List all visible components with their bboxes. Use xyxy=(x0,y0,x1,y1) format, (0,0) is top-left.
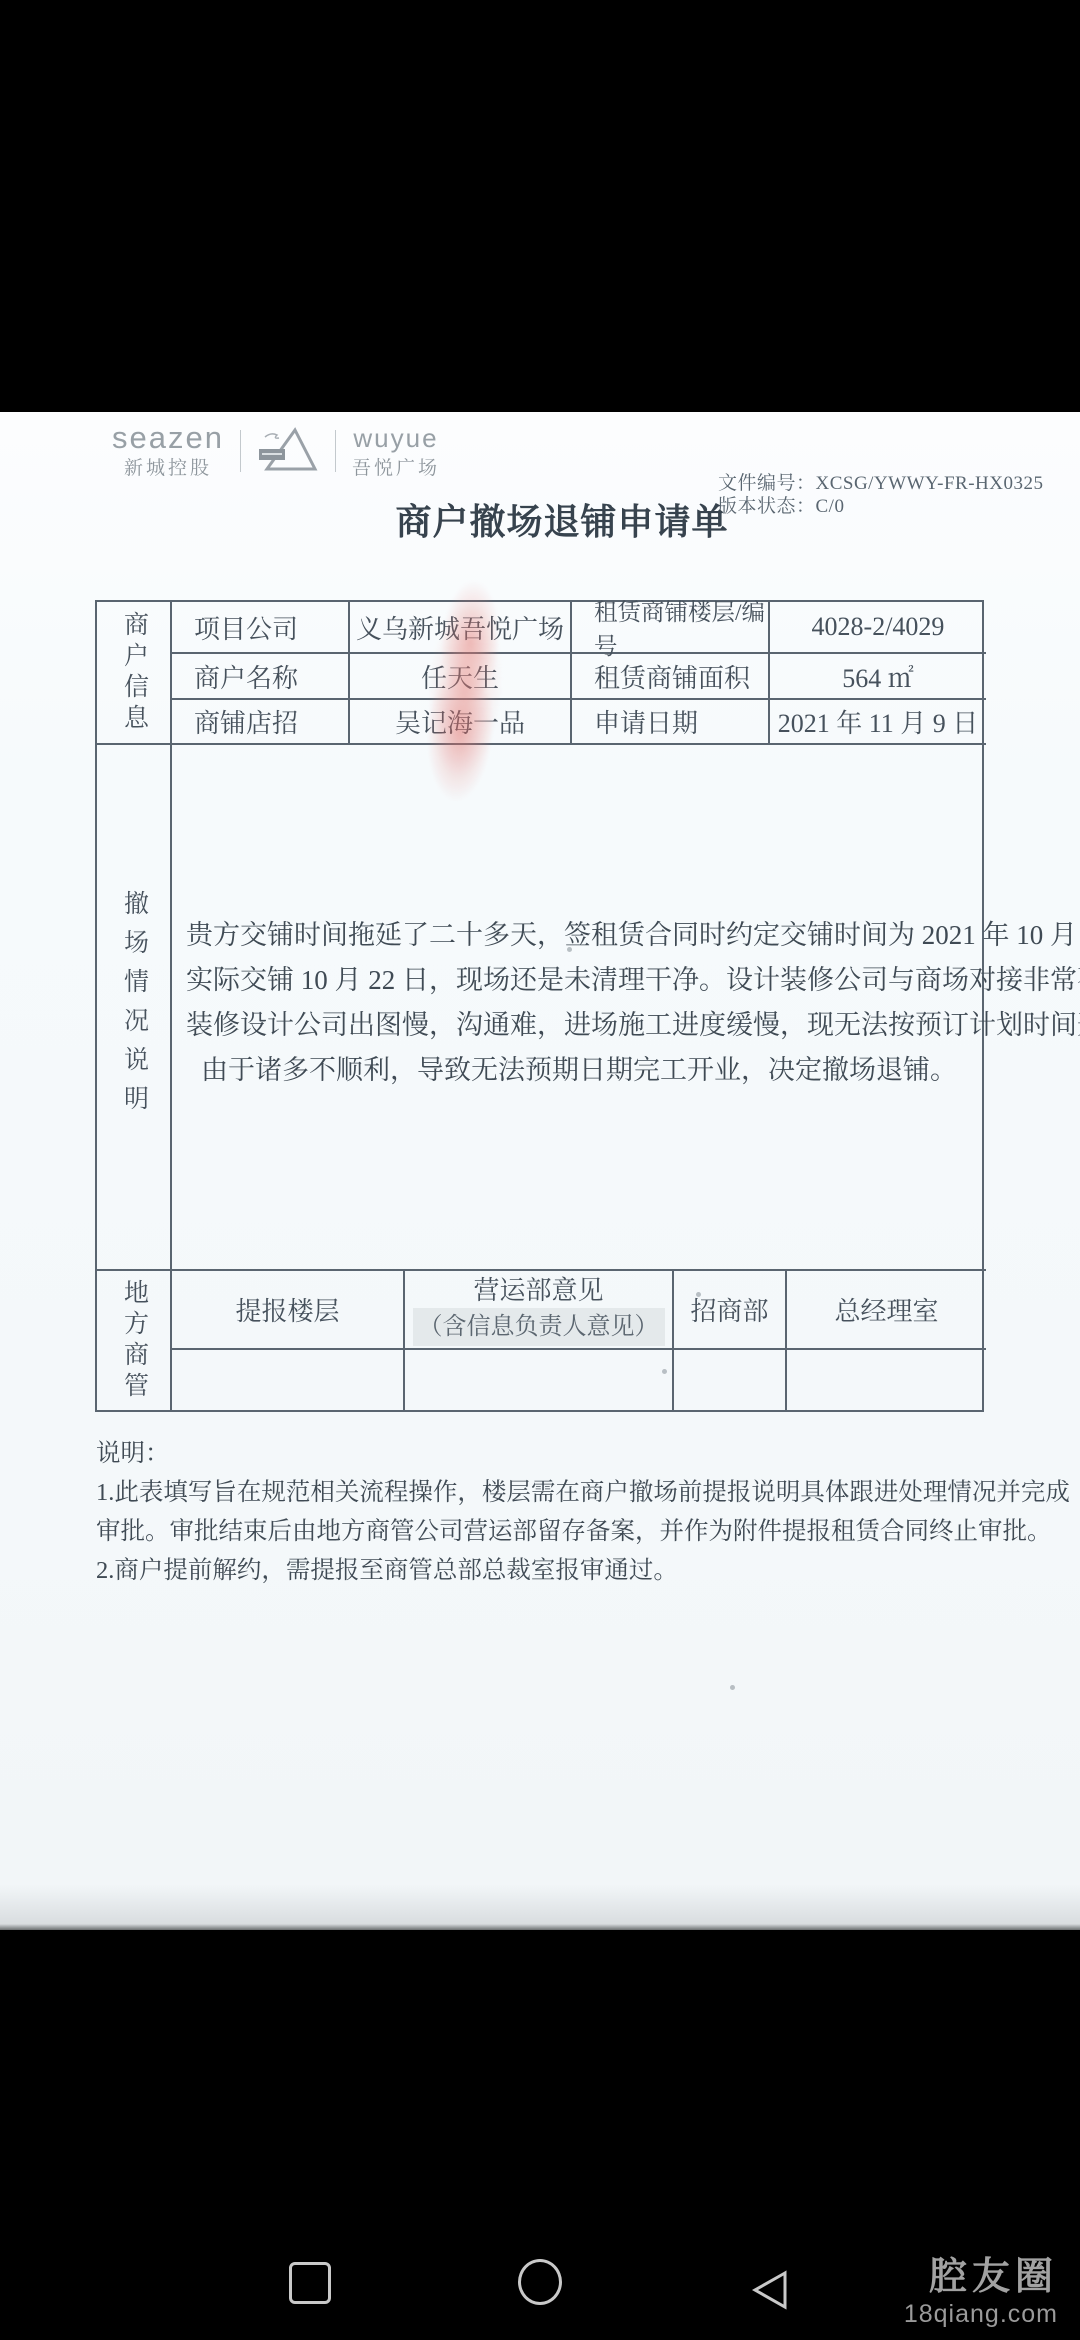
field-value: 564 ㎡ xyxy=(770,654,986,700)
watermark: 腔友圈 18qiang.com xyxy=(904,2255,1058,2329)
phone-screen: seazen 新城控股 wuyue 吾悦广场 文件编号：XCSG/YWWY-FR… xyxy=(0,0,1080,2340)
watermark-site-url: 18qiang.com xyxy=(904,2299,1058,2329)
approval-col-gm: 总经理室 xyxy=(787,1271,986,1350)
withdrawal-line: 由于诸多不顺利，导致无法预期日期完工开业，决定撤场退铺。 xyxy=(186,1048,972,1093)
watermark-site-name: 腔友圈 xyxy=(904,2255,1058,2299)
withdrawal-description: 贵方交铺时间拖延了二十多天，签租赁合同时约定交铺时间为 2021 年 10 月 … xyxy=(172,745,986,1271)
field-label: 商户名称 xyxy=(172,654,350,700)
withdrawal-line: 装修设计公司出图慢，沟通难，进场施工进度缓慢，现无法按预订计划时间开业。 xyxy=(186,1003,972,1048)
brand-logo-row: seazen 新城控股 wuyue 吾悦广场 xyxy=(112,422,440,480)
form-notes: 说明： 1.此表填写旨在规范相关流程操作，楼层需在商户撤场前提报说明具体跟进处理… xyxy=(96,1434,1001,1590)
signature-cell-gm xyxy=(787,1350,986,1410)
operations-opinion-sublabel: （含信息负责人意见） xyxy=(413,1308,665,1346)
photo-speck xyxy=(662,1369,667,1374)
field-label: 租赁商铺楼层/编号 xyxy=(572,602,770,654)
signature-cell-operations xyxy=(405,1350,674,1410)
home-circle-icon xyxy=(518,2259,562,2305)
field-value: 4028-2/4029 xyxy=(770,602,986,654)
withdrawal-section: 撤场情况说明 贵方交铺时间拖延了二十多天，签租赁合同时约定交铺时间为 2021 … xyxy=(97,745,982,1271)
field-label: 申请日期 xyxy=(572,700,770,745)
logo-divider xyxy=(240,430,241,472)
seazen-logo-en: seazen xyxy=(112,423,224,453)
approval-section: 地方商管 提报楼层 营运部意见 （含信息负责人意见） 招商部 总经理室 xyxy=(97,1271,982,1410)
photo-speck xyxy=(696,1292,701,1297)
back-triangle-icon xyxy=(747,2270,789,2310)
wuyue-logo-cn: 吾悦广场 xyxy=(352,453,440,480)
approval-col-operations: 营运部意见 （含信息负责人意见） xyxy=(405,1271,674,1350)
wuyue-logo: wuyue 吾悦广场 xyxy=(352,423,440,480)
merchant-info-section: 商户信息 项目公司 义乌新城吾悦广场 租赁商铺楼层/编号 4028-2/4029… xyxy=(97,602,982,745)
notes-line: 1.此表填写旨在规范相关流程操作，楼层需在商户撤场前提报说明具体跟进处理情况并完… xyxy=(96,1473,1001,1512)
field-value: 吴记海一品 xyxy=(350,700,572,745)
signature-cell-leasing xyxy=(674,1350,787,1410)
home-button[interactable] xyxy=(518,2259,562,2305)
approval-section-label: 地方商管 xyxy=(97,1271,172,1410)
merchant-info-section-label: 商户信息 xyxy=(97,602,172,745)
operations-opinion-label: 营运部意见 xyxy=(473,1274,603,1308)
approval-col-leasing: 招商部 xyxy=(674,1271,787,1350)
logo-divider xyxy=(335,430,336,472)
photo-speck xyxy=(730,1685,735,1690)
field-label: 租赁商铺面积 xyxy=(572,654,770,700)
back-button[interactable] xyxy=(747,2270,789,2315)
withdrawal-section-label: 撤场情况说明 xyxy=(97,745,172,1271)
field-label: 商铺店招 xyxy=(172,700,350,745)
recents-button[interactable] xyxy=(289,2262,331,2304)
photo-speck xyxy=(567,947,572,952)
seazen-logo: seazen 新城控股 xyxy=(112,423,224,480)
withdrawal-line: 实际交铺 10 月 22 日，现场还是未清理干净。设计装修公司与商场对接非常不顺… xyxy=(186,958,972,1003)
signature-cell-floor xyxy=(172,1350,405,1410)
field-value: 任天生 xyxy=(350,654,572,700)
application-form-table: 商户信息 项目公司 义乌新城吾悦广场 租赁商铺楼层/编号 4028-2/4029… xyxy=(95,600,984,1412)
field-label: 项目公司 xyxy=(172,602,350,654)
wuyue-logo-en: wuyue xyxy=(352,423,440,453)
notes-heading: 说明： xyxy=(96,1434,1001,1473)
document-photo: seazen 新城控股 wuyue 吾悦广场 文件编号：XCSG/YWWY-FR… xyxy=(0,412,1080,1930)
seazen-logo-cn: 新城控股 xyxy=(112,453,224,480)
page-title: 商户撤场退铺申请单 xyxy=(22,494,1080,545)
field-value: 义乌新城吾悦广场 xyxy=(350,602,572,654)
file-number: 文件编号：XCSG/YWWY-FR-HX0325 xyxy=(718,472,1044,495)
notes-line: 2.商户提前解约，需提报至商管总部总裁室报审通过。 xyxy=(96,1551,1001,1590)
approval-col-floor: 提报楼层 xyxy=(172,1271,405,1350)
notes-line: 审批。审批结束后由地方商管公司营运部留存备案，并作为附件提报租赁合同终止审批。 xyxy=(96,1512,1001,1551)
withdrawal-line: 贵方交铺时间拖延了二十多天，签租赁合同时约定交铺时间为 2021 年 10 月 … xyxy=(186,913,972,958)
recents-square-icon xyxy=(289,2262,331,2304)
field-value: 2021 年 11 月 9 日 xyxy=(770,700,986,745)
triangle-sail-logo-icon xyxy=(257,427,319,475)
